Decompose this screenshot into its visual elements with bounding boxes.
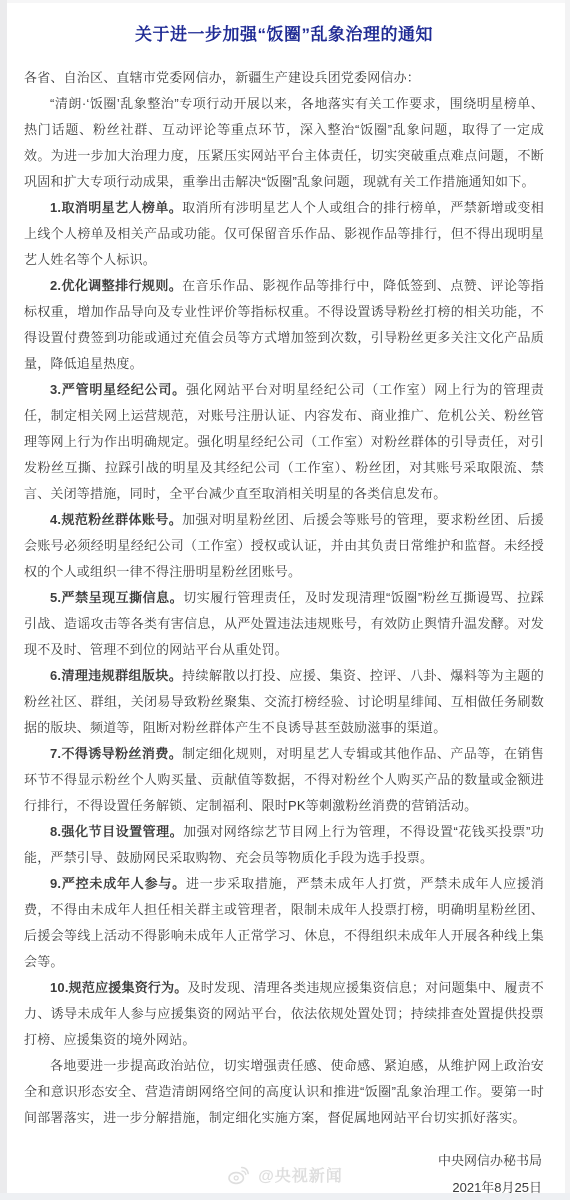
- item-3-body: 强化网站平台对明星经纪公司（工作室）网上行为的管理责任，制定相关网上运营规范，对…: [24, 382, 544, 501]
- notice-item-1: 1.取消明星艺人榜单。取消所有涉明星艺人个人或组合的排行榜单，严禁新增或变相上线…: [24, 195, 544, 273]
- item-2-heading: 2.优化调整排行规则。: [50, 278, 182, 293]
- item-8-heading: 8.强化节目设置管理。: [50, 824, 183, 839]
- notice-item-3: 3.严管明星经纪公司。强化网站平台对明星经纪公司（工作室）网上行为的管理责任，制…: [24, 377, 544, 507]
- item-4-heading: 4.规范粉丝群体账号。: [50, 512, 182, 527]
- page-edge-bottom: [0, 1193, 570, 1200]
- notice-item-5: 5.严禁呈现互撕信息。切实履行管理责任，及时发现清理“饭圈”粉丝互撕谩骂、拉踩引…: [24, 585, 544, 663]
- notice-item-9: 9.严控未成年人参与。进一步采取措施，严禁未成年人打赏，严禁未成年人应援消费，不…: [24, 871, 544, 975]
- notice-document: 关于进一步加强“饭圈”乱象治理的通知 各省、自治区、直辖市党委网信办，新疆生产建…: [0, 0, 570, 1200]
- item-7-heading: 7.不得诱导粉丝消费。: [50, 746, 182, 761]
- notice-item-6: 6.清理违规群组版块。持续解散以打投、应援、集资、控评、八卦、爆料等为主题的粉丝…: [24, 663, 544, 741]
- watermark-label: @央视新闻: [258, 1163, 343, 1186]
- item-6-heading: 6.清理违规群组版块。: [50, 668, 182, 683]
- salutation-line: 各省、自治区、直辖市党委网信办，新疆生产建设兵团党委网信办：: [24, 65, 544, 91]
- item-10-heading: 10.规范应援集资行为。: [50, 980, 188, 995]
- item-5-heading: 5.严禁呈现互撕信息。: [50, 590, 183, 605]
- notice-title: 关于进一步加强“饭圈”乱象治理的通知: [24, 20, 544, 45]
- weibo-icon: [227, 1165, 251, 1185]
- item-9-heading: 9.严控未成年人参与。: [50, 876, 186, 891]
- page-edge-right: [565, 0, 570, 1200]
- closing-paragraph: 各地要进一步提高政治站位，切实增强责任感、使命感、紧迫感，从维护网上政治安全和意…: [24, 1053, 544, 1131]
- item-3-heading: 3.严管明星经纪公司。: [50, 382, 186, 397]
- notice-item-8: 8.强化节目设置管理。加强对网络综艺节目网上行为管理，不得设置“花钱买投票”功能…: [24, 819, 544, 871]
- watermark: @央视新闻: [227, 1163, 343, 1186]
- page-edge-top: [0, 0, 570, 3]
- intro-paragraph: “清朗·‘饭圈’乱象整治”专项行动开展以来，各地落实有关工作要求，围绕明星榜单、…: [24, 91, 544, 195]
- notice-item-4: 4.规范粉丝群体账号。加强对明星粉丝团、后援会等账号的管理，要求粉丝团、后援会账…: [24, 507, 544, 585]
- notice-item-2: 2.优化调整排行规则。在音乐作品、影视作品等排行中，降低签到、点赞、评论等指标权…: [24, 273, 544, 377]
- notice-item-10: 10.规范应援集资行为。及时发现、清理各类违规应援集资信息；对问题集中、履责不力…: [24, 975, 544, 1053]
- item-1-heading: 1.取消明星艺人榜单。: [50, 200, 182, 215]
- notice-item-7: 7.不得诱导粉丝消费。制定细化规则，对明星艺人专辑或其他作品、产品等，在销售环节…: [24, 741, 544, 819]
- page-edge-left: [0, 0, 7, 1200]
